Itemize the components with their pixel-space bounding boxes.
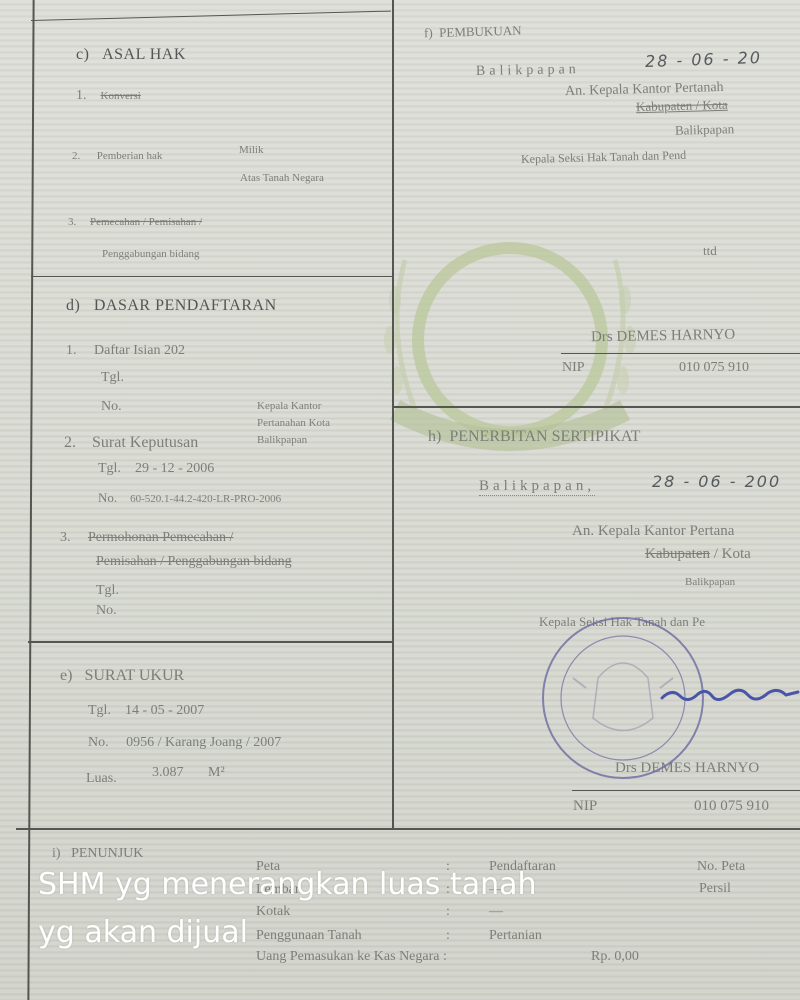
permohonan-item-line2: Pemisahan / Penggabungan bidang xyxy=(96,554,292,570)
surat-ukur-tgl: Tgl. 14 - 05 - 2007 xyxy=(88,703,204,719)
pemberian-hak-value-1: Milik xyxy=(239,144,263,156)
penerbitan-nip-label: NIP xyxy=(573,798,597,815)
penunjuk-penggunaan-sep: : xyxy=(446,928,450,944)
surat-keputusan-no: No. 60-520.1-44.2-420-LR-PRO-2006 xyxy=(98,490,281,506)
pembukuan-place: Balikpapan xyxy=(476,62,580,80)
permohonan-tgl-label: Tgl. xyxy=(96,583,119,599)
caption-line-2: yg akan dijual xyxy=(38,918,248,948)
daftar-isian-no-label: No. xyxy=(101,399,122,415)
pembukuan-office-3: Balikpapan xyxy=(675,121,735,139)
penerbitan-position: Kepala Seksi Hak Tanah dan Pe xyxy=(539,614,705,630)
penerbitan-office-3: Balikpapan xyxy=(685,576,735,588)
section-i-heading: i) PENUNJUK xyxy=(52,846,143,862)
asal-hak-item-2: 2. Pemberian hak xyxy=(72,150,162,162)
penunjuk-kotak-label: Kotak xyxy=(256,904,290,920)
pembukuan-nip-label: NIP xyxy=(562,360,585,376)
penerbitan-office-2: Kabupaten / Kota xyxy=(645,546,751,563)
penunjuk-penggunaan-value: Pertanian xyxy=(489,928,542,944)
permohonan-no-label: No. xyxy=(96,603,117,619)
penerbitan-date: 28 - 06 - 200 xyxy=(652,472,781,491)
sig-line-top xyxy=(561,353,800,354)
persil-label: Persil xyxy=(699,881,731,897)
surat-keputusan-item: 2. Surat Keputusan xyxy=(64,434,198,452)
sig-line-bottom xyxy=(572,790,800,791)
surat-keputusan-tgl: Tgl. 29 - 12 - 2006 xyxy=(98,461,214,477)
pemberian-hak-value-2: Atas Tanah Negara xyxy=(240,172,324,184)
daftar-isian-tgl-label: Tgl. xyxy=(101,370,124,386)
surat-ukur-luas-unit: M² xyxy=(208,765,225,781)
pembukuan-office-2: Kabupaten / Kota xyxy=(636,97,728,115)
penerbitan-place: Balikpapan, xyxy=(479,478,595,496)
penerbitan-office-1: An. Kepala Kantor Pertana xyxy=(572,523,734,540)
issuer-block: Kepala Kantor Pertanahan Kota Balikpapan xyxy=(257,398,330,449)
caption-line-1: SHM yg menerangkan luas tanah xyxy=(38,870,537,900)
penerbitan-nip-value: 010 075 910 xyxy=(694,798,769,815)
section-title: ASAL HAK xyxy=(102,46,186,63)
divider-c-d xyxy=(31,276,392,277)
uang-pemasukan-value: Rp. 0,00 xyxy=(591,949,639,965)
daftar-isian-item: 1. Daftar Isian 202 xyxy=(66,343,185,359)
divider-g-h xyxy=(393,406,800,408)
asal-hak-item-3: 3. Pemecahan / Pemisahan / xyxy=(68,216,202,228)
surat-ukur-luas-value: 3.087 xyxy=(152,765,184,781)
asal-hak-item-3-line2: Penggabungan bidang xyxy=(102,248,199,260)
section-c-heading: c) ASAL HAK xyxy=(76,46,186,64)
section-marker: c) xyxy=(76,46,89,63)
permohonan-item: 3. Permohonan Pemecahan / xyxy=(60,530,233,546)
section-e-heading: e) SURAT UKUR xyxy=(60,667,184,685)
surat-ukur-no: No. 0956 / Karang Joang / 2007 xyxy=(88,735,281,751)
divider-d-e xyxy=(28,641,392,643)
divider-bottom xyxy=(16,828,800,830)
section-d-heading: d) DASAR PENDAFTARAN xyxy=(66,297,277,315)
pembukuan-date: 28 - 06 - 20 xyxy=(645,48,763,71)
penunjuk-kotak-value: — xyxy=(489,904,503,920)
column-divider xyxy=(392,0,394,830)
section-f-heading: f) PEMBUKUAN xyxy=(424,23,522,42)
section-h-heading: h) PENERBITAN SERTIPIKAT xyxy=(428,428,640,446)
asal-hak-item-1: 1. Konversi xyxy=(76,88,141,104)
penunjuk-penggunaan-label: Penggunaan Tanah xyxy=(256,928,362,944)
pembukuan-official-name: Drs DEMES HARNYO xyxy=(591,327,735,347)
penerbitan-official-name: Drs DEMES HARNYO xyxy=(615,760,759,777)
surat-ukur-luas-label: Luas. xyxy=(86,771,117,787)
pembukuan-ttd: ttd xyxy=(703,243,717,259)
pembukuan-nip-value: 010 075 910 xyxy=(679,360,749,376)
uang-pemasukan-label: Uang Pemasukan ke Kas Negara : xyxy=(256,949,447,965)
no-peta-label: No. Peta xyxy=(697,859,745,875)
penunjuk-kotak-sep: : xyxy=(446,904,450,920)
